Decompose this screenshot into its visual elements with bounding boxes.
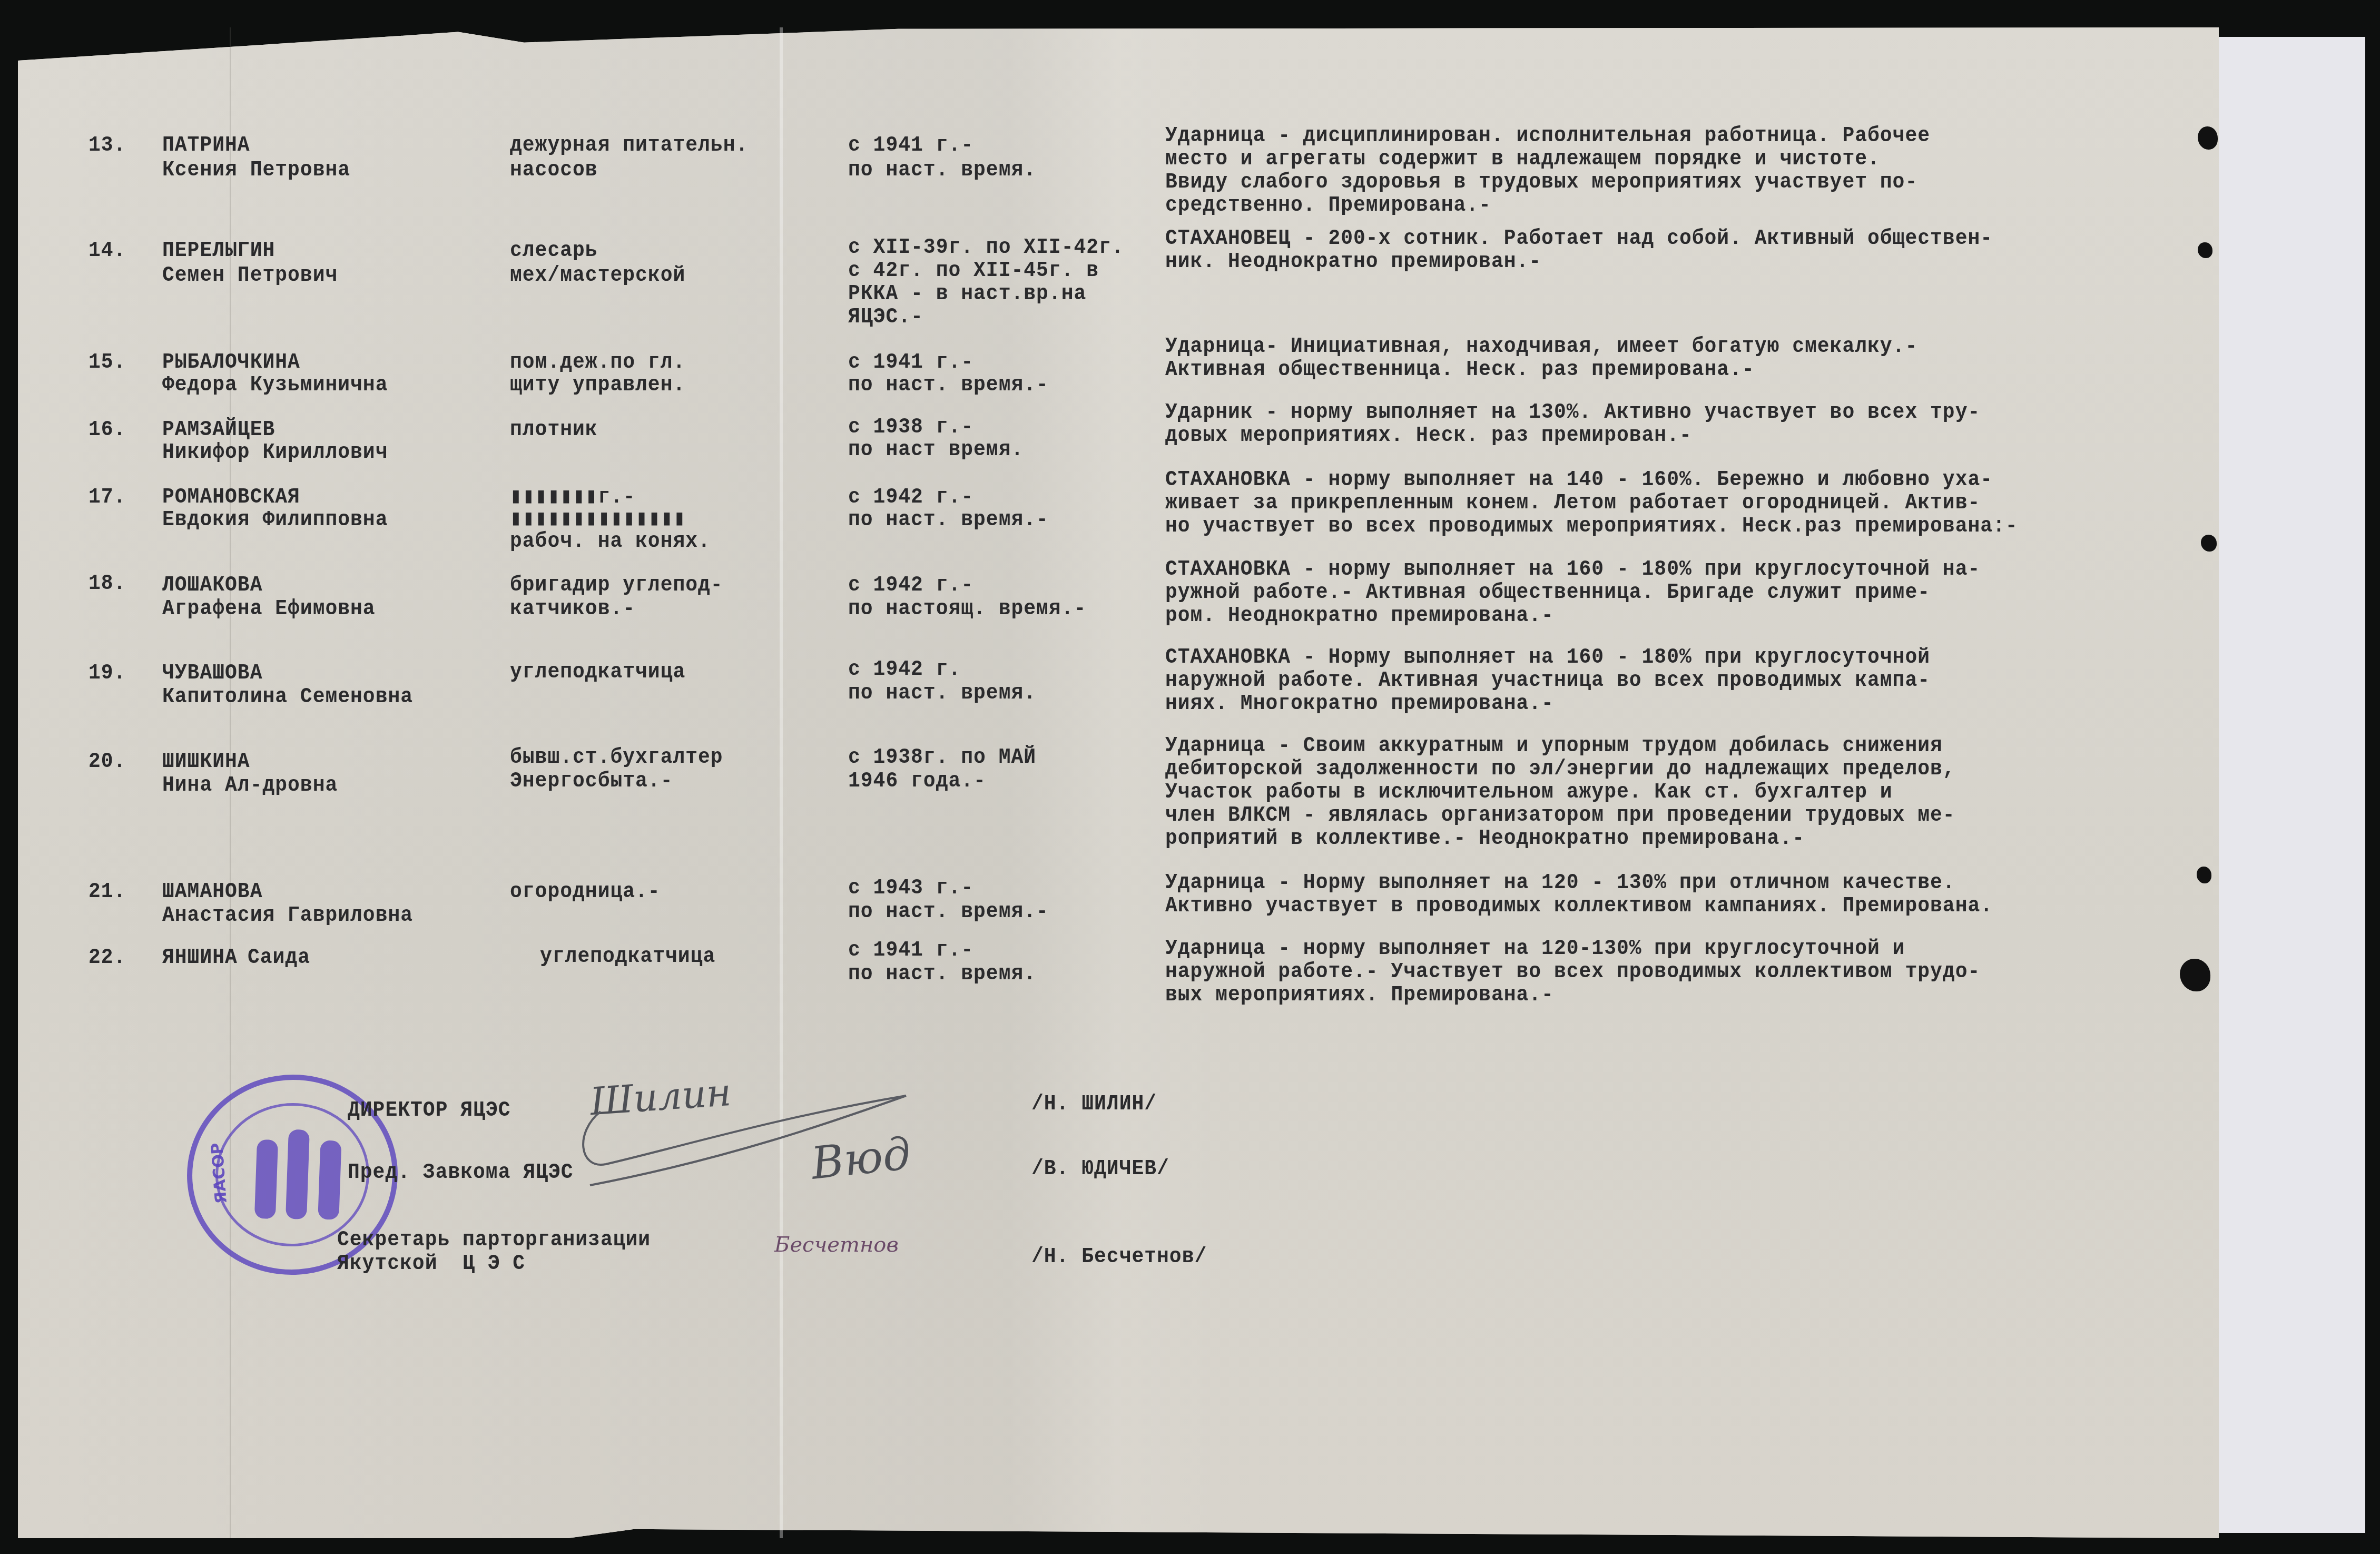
- period-line: по наст. время.-: [848, 371, 1049, 398]
- characteristic-line: ром. Неоднократно премирована.-: [1165, 602, 1554, 629]
- characteristic-line: вых мероприятиях. Премирована.-: [1165, 981, 1554, 1008]
- printed-name: /В. ЮДИЧЕВ/: [1031, 1155, 1169, 1182]
- backing-strip: [2219, 37, 2365, 1533]
- period-line: с 1942 г.: [848, 656, 961, 683]
- signatory-title: ДИРЕКТОР ЯЦЭС: [348, 1097, 510, 1124]
- signatory-title: Секретарь парторганизации: [337, 1226, 651, 1253]
- period-line: с 1938г. по МАЙ: [848, 744, 1036, 771]
- given-names: Анастасия Гавриловна: [162, 902, 413, 929]
- characteristic-line: ниях. Многократно премирована.-: [1165, 690, 1554, 717]
- position-line: углеподкатчица: [510, 658, 685, 685]
- surname: ШАМАНОВА: [162, 878, 262, 905]
- handwritten-signature: Бесчетнов: [774, 1233, 899, 1257]
- position-line: плотник: [510, 416, 598, 443]
- characteristic-line: но участвует во всех проводимых мероприя…: [1165, 513, 2018, 539]
- characteristic-line: довых мероприятиях. Неск. раз премирован…: [1165, 422, 1692, 449]
- given-names: Ксения Петровна: [162, 156, 350, 183]
- surname: ШИШКИНА: [162, 748, 250, 775]
- characteristic-line: ник. Неоднократно премирован.-: [1165, 248, 1541, 275]
- position-line: слесарь: [510, 237, 598, 264]
- position-line: щиту управлен.: [510, 371, 685, 398]
- given-names: Евдокия Филипповна: [162, 506, 388, 533]
- characteristic-line: Активная общественница. Неск. раз премир…: [1165, 356, 1755, 383]
- period-line: по наст. время.: [848, 156, 1036, 183]
- period-line: с 1942 г.-: [848, 572, 973, 598]
- row-number: 16.: [88, 416, 126, 443]
- surname: ПАТРИНА: [162, 132, 250, 159]
- period-line: с 1941 г.-: [848, 937, 973, 963]
- position-line: углеподкатчица: [540, 943, 715, 970]
- surname: ЛОШАКОВА: [162, 572, 262, 598]
- position-line: бригадир углепод-: [510, 572, 723, 598]
- period-line: по наст. время.: [848, 680, 1036, 706]
- punch-hole: [2201, 535, 2217, 552]
- surname: ЧУВАШОВА: [162, 660, 262, 686]
- row-number: 18.: [88, 570, 126, 597]
- period-line: с 1941 г.-: [848, 132, 973, 159]
- period-line: по наст. время.-: [848, 898, 1049, 925]
- punch-hole: [2198, 126, 2218, 150]
- position-line: Энергосбыта.-: [510, 768, 673, 794]
- period-line: по наст. время.: [848, 960, 1036, 987]
- position-line: дежурная питательн.: [510, 132, 748, 159]
- punch-hole: [2180, 959, 2210, 991]
- given-names: Никифор Кириллович: [162, 439, 388, 466]
- surname: ПЕРЕЛЫГИН: [162, 237, 275, 264]
- row-number: 13.: [88, 132, 126, 159]
- fold-line: [780, 27, 783, 1538]
- row-number: 20.: [88, 748, 126, 775]
- row-number: 15.: [88, 349, 126, 376]
- stamp-mark: [286, 1129, 310, 1219]
- row-number: 19.: [88, 660, 126, 686]
- characteristic-line: Активно участвует в проводимых коллектив…: [1165, 892, 1993, 919]
- given-names: Семен Петрович: [162, 262, 338, 289]
- printed-name: /Н. Бесчетнов/: [1031, 1243, 1207, 1270]
- position-line: рабоч. на конях.: [510, 528, 711, 555]
- row-number: 17.: [88, 484, 126, 510]
- position-line: бывш.ст.бухгалтер: [510, 744, 723, 771]
- characteristic-line: роприятий в коллективе.- Неоднократно пр…: [1165, 825, 1805, 852]
- period-line: 1946 года.-: [848, 768, 986, 794]
- stamp-mark: [254, 1139, 278, 1219]
- handwritten-signature: Вюд: [809, 1127, 913, 1189]
- given-names: Нина Ал-дровна: [162, 772, 338, 799]
- signatory-title: Якутской Ц Э С: [337, 1250, 525, 1277]
- period-line: по наст время.: [848, 436, 1024, 463]
- row-number: 21.: [88, 878, 126, 905]
- given-names: Аграфена Ефимовна: [162, 595, 376, 622]
- given-names: Капитолина Семеновна: [162, 683, 413, 710]
- position-line: насосов: [510, 156, 598, 183]
- punch-hole: [2198, 242, 2212, 258]
- period-line: с 1943 г.-: [848, 874, 973, 901]
- characteristic-line: средственно. Премирована.-: [1165, 192, 1491, 219]
- period-line: по наст. время.-: [848, 506, 1049, 533]
- position-line: катчиков.-: [510, 595, 635, 622]
- position-line: огородница.-: [510, 878, 661, 905]
- given-names: Саида: [248, 944, 310, 971]
- printed-name: /Н. ШИЛИН/: [1031, 1090, 1157, 1117]
- signatory-title: Пред. Завкома ЯЦЭС: [348, 1159, 573, 1186]
- row-number: 22.: [88, 944, 126, 971]
- given-names: Федора Кузьминична: [162, 371, 388, 398]
- surname: ЯНШИНА: [162, 944, 238, 971]
- period-line: по настоящ. время.-: [848, 595, 1086, 622]
- period-line: ЯЦЭС.-: [848, 303, 923, 330]
- position-line: мех/мастерской: [510, 262, 685, 289]
- punch-hole: [2197, 867, 2211, 883]
- stamp-mark: [318, 1140, 341, 1219]
- row-number: 14.: [88, 237, 126, 264]
